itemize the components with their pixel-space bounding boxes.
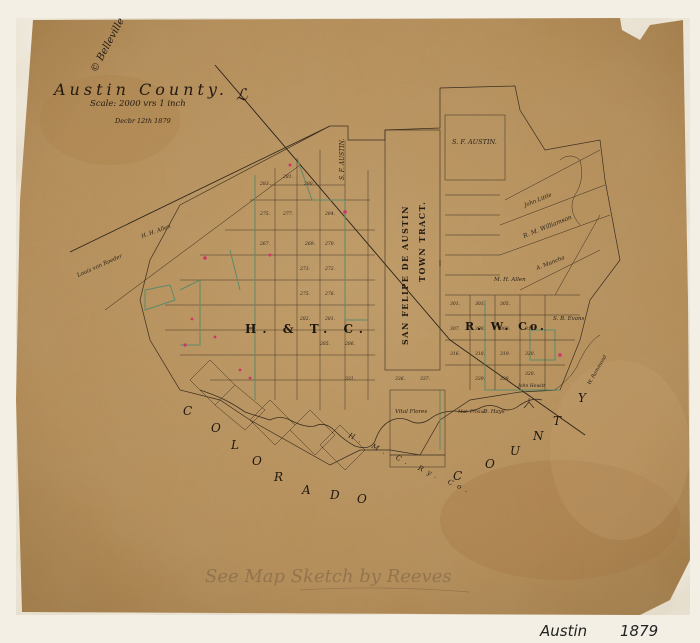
town-tract-label-1: SAN FELIPE DE AUSTIN — [400, 205, 410, 345]
svg-text:269.: 269. — [304, 241, 316, 247]
grant-htc: H. & T. C. — [245, 322, 369, 336]
svg-text:O: O — [485, 457, 495, 471]
svg-text:A: A — [301, 483, 311, 497]
svg-text:337.: 337. — [420, 376, 431, 382]
map-title: Austin County. — [52, 80, 228, 99]
svg-text:C: C — [453, 469, 462, 483]
svg-text:D: D — [329, 488, 340, 502]
svg-text:303.: 303. — [475, 301, 486, 307]
svg-text:339.: 339. — [475, 376, 486, 382]
map-scale: Scale: 2000 vrs 1 inch — [90, 99, 186, 109]
svg-text:O: O — [357, 492, 367, 506]
svg-text:318.: 318. — [475, 351, 486, 357]
svg-text:L: L — [230, 438, 239, 452]
catalog-county-label: Austin — [540, 622, 587, 640]
svg-text:T: T — [553, 414, 562, 428]
svg-text:270.: 270. — [324, 241, 336, 247]
svg-text:307.: 307. — [450, 326, 461, 332]
label-frisius: Mat. Frisius — [457, 409, 486, 415]
map-sheet: © Belleville Austin County. Scale: 2000 … — [0, 0, 700, 643]
svg-text:277.: 277. — [282, 211, 294, 217]
label-sbevans: S. B. Evans — [553, 316, 585, 322]
svg-text:320.: 320. — [525, 351, 536, 357]
svg-text:U: U — [510, 444, 521, 458]
label-mhallen: M. H. Allen — [493, 277, 526, 283]
svg-text:301.: 301. — [450, 301, 461, 307]
svg-text:331.: 331. — [345, 376, 356, 382]
svg-text:O: O — [252, 454, 262, 468]
svg-text:O: O — [211, 421, 221, 435]
svg-text:267.: 267. — [259, 241, 271, 247]
svg-text:305.: 305. — [500, 301, 511, 307]
town-tract-label-2: TOWN TRACT. — [417, 201, 427, 282]
svg-text:319.: 319. — [500, 351, 511, 357]
svg-text:336.: 336. — [395, 376, 406, 382]
svg-text:280.: 280. — [303, 181, 315, 187]
label-john-hewitt: John Hewitt — [517, 383, 545, 389]
svg-text:ℒ: ℒ — [236, 85, 248, 104]
svg-text:286.: 286. — [344, 341, 356, 347]
svg-text:275.: 275. — [259, 211, 271, 217]
label-sfaustin-top: S. F. AUSTIN. — [452, 138, 497, 146]
svg-text:316.: 316. — [450, 351, 461, 357]
svg-text:338.: 338. — [500, 376, 511, 382]
svg-text:281.: 281. — [282, 174, 294, 180]
svg-text:Y: Y — [578, 391, 587, 405]
svg-text:R: R — [273, 470, 283, 484]
grant-rwco: R. W. Co. — [465, 320, 547, 333]
svg-text:283.: 283. — [259, 181, 271, 187]
svg-text:275.: 275. — [299, 291, 311, 297]
svg-text:C: C — [183, 404, 192, 418]
svg-text:272.: 272. — [324, 266, 336, 272]
svg-text:284.: 284. — [324, 211, 336, 217]
label-sfaustin-side: S. F. AUSTIN. — [339, 139, 346, 180]
svg-text:N: N — [532, 429, 544, 443]
label-vital-flores: Vital Flores — [395, 409, 427, 415]
svg-text:276.: 276. — [324, 291, 336, 297]
map-date: Decbr 12th 1879 — [114, 117, 171, 125]
pencil-note: See Map Sketch by Reeves — [205, 566, 452, 587]
svg-text:285.: 285. — [319, 341, 331, 347]
svg-text:320.: 320. — [525, 371, 536, 377]
svg-text:273.: 273. — [299, 266, 311, 272]
catalog-year-label: 1879 — [620, 622, 658, 640]
